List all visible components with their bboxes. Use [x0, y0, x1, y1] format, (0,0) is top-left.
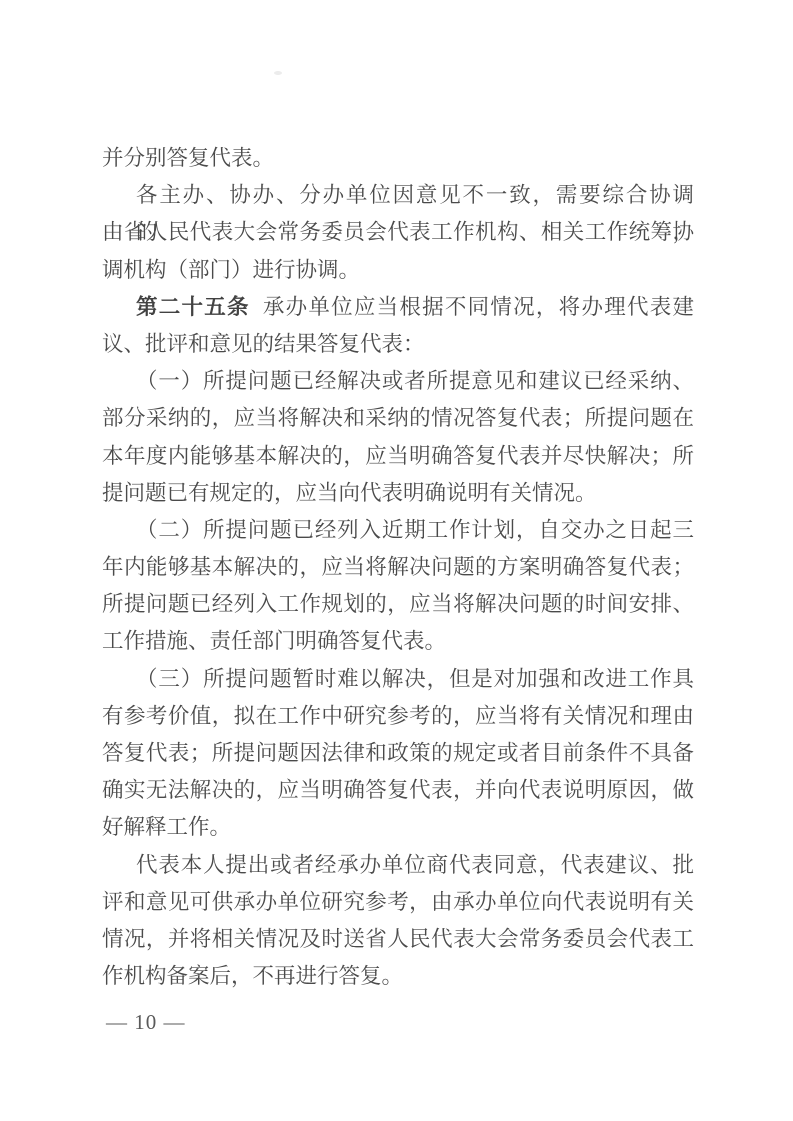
text-line: 答复代表；所提问题因法律和政策的规定或者目前条件不具备 [102, 735, 694, 772]
page-number: — 10 — [106, 1007, 186, 1037]
text-line: 有参考价值，拟在工作中研究参考的，应当将有关情况和理由 [102, 698, 694, 735]
text-line: （三）所提问题暂时难以解决，但是对加强和改进工作具 [102, 661, 694, 698]
text-line: 提问题已有规定的，应当向代表明确说明有关情况。 [102, 475, 694, 512]
text-line: 各主办、协办、分办单位因意见不一致，需要综合协调的， [102, 177, 694, 214]
text-line: 部分采纳的，应当将解决和采纳的情况答复代表；所提问题在 [102, 400, 694, 437]
text-line: 代表本人提出或者经承办单位商代表同意，代表建议、批 [102, 847, 694, 884]
document-text-block: 并分别答复代表。各主办、协办、分办单位因意见不一致，需要综合协调的，由省人民代表… [102, 140, 694, 995]
text-line: 调机构（部门）进行协调。 [102, 252, 694, 289]
text-line: 由省人民代表大会常务委员会代表工作机构、相关工作统筹协 [102, 214, 694, 251]
text-line: 年内能够基本解决的，应当将解决问题的方案明确答复代表； [102, 549, 694, 586]
text-line: 并分别答复代表。 [102, 140, 694, 177]
text-line: 第二十五条承办单位应当根据不同情况，将办理代表建 [102, 289, 694, 326]
text-line: 评和意见可供承办单位研究参考，由承办单位向代表说明有关 [102, 884, 694, 921]
text-line: 好解释工作。 [102, 809, 694, 846]
document-page: 并分别答复代表。各主办、协办、分办单位因意见不一致，需要综合协调的，由省人民代表… [0, 0, 793, 1121]
text-line: 本年度内能够基本解决的，应当明确答复代表并尽快解决；所 [102, 438, 694, 475]
text-line: 作机构备案后，不再进行答复。 [102, 958, 694, 995]
text-line: （一）所提问题已经解决或者所提意见和建议已经采纳、 [102, 363, 694, 400]
scan-speck [274, 71, 282, 75]
article-lead-text: 承办单位应当根据不同情况，将办理代表建 [263, 295, 694, 319]
text-line: 工作措施、责任部门明确答复代表。 [102, 623, 694, 660]
article-number: 第二十五条 [136, 295, 250, 319]
text-line: 确实无法解决的，应当明确答复代表，并向代表说明原因，做 [102, 772, 694, 809]
text-line: 情况，并将相关情况及时送省人民代表大会常务委员会代表工 [102, 921, 694, 958]
text-line: （二）所提问题已经列入近期工作计划，自交办之日起三 [102, 512, 694, 549]
text-line: 所提问题已经列入工作规划的，应当将解决问题的时间安排、 [102, 586, 694, 623]
text-line: 议、批评和意见的结果答复代表： [102, 326, 694, 363]
